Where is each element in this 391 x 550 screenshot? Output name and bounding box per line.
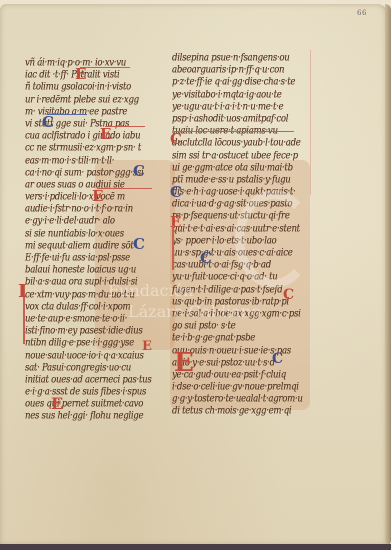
initial-red-icon: E: [51, 396, 63, 412]
initial-blue-icon: C: [133, 237, 145, 252]
initial-red-icon: E: [75, 67, 86, 82]
page-edge: [385, 4, 391, 545]
flourish-line: [80, 67, 130, 68]
watermark-text: Fundación: [108, 281, 194, 300]
initial-red-icon: I: [18, 283, 26, 301]
initial-blue-icon: C: [133, 164, 145, 179]
initial-red-icon: E: [174, 350, 194, 376]
folio-number: 66: [357, 9, 367, 17]
initial-blue-icon: C: [42, 115, 54, 130]
initial-descender: [172, 225, 174, 270]
flourish-line: [97, 188, 152, 189]
flourish-line: [105, 126, 145, 127]
initial-red-icon: C: [283, 288, 294, 302]
initial-blue-icon: C: [272, 352, 283, 366]
initial-red-icon: E: [142, 340, 152, 353]
watermark-text: Lázaro Galdiano: [128, 302, 261, 321]
background-edge: [0, 544, 391, 550]
initial-red-icon: E: [92, 189, 103, 204]
initial-blue-icon: C: [200, 251, 212, 266]
initial-blue-icon: C: [170, 185, 182, 200]
text-line: nes sus hel·ggi· flohu neglige: [25, 410, 160, 424]
flourish-line: [47, 114, 87, 115]
text-line: di tetus ch·mois·ge·xgg·em·qi: [172, 405, 312, 419]
flourish-line: [174, 131, 294, 132]
manuscript-viewer: 66 vñ ái·m·iq·p·o·m· io·xv·vu iac dit ·t…: [0, 0, 391, 550]
watermark-logo-icon: [235, 190, 313, 288]
initial-red-icon: C: [170, 132, 182, 147]
initial-red-icon: E: [100, 127, 111, 142]
